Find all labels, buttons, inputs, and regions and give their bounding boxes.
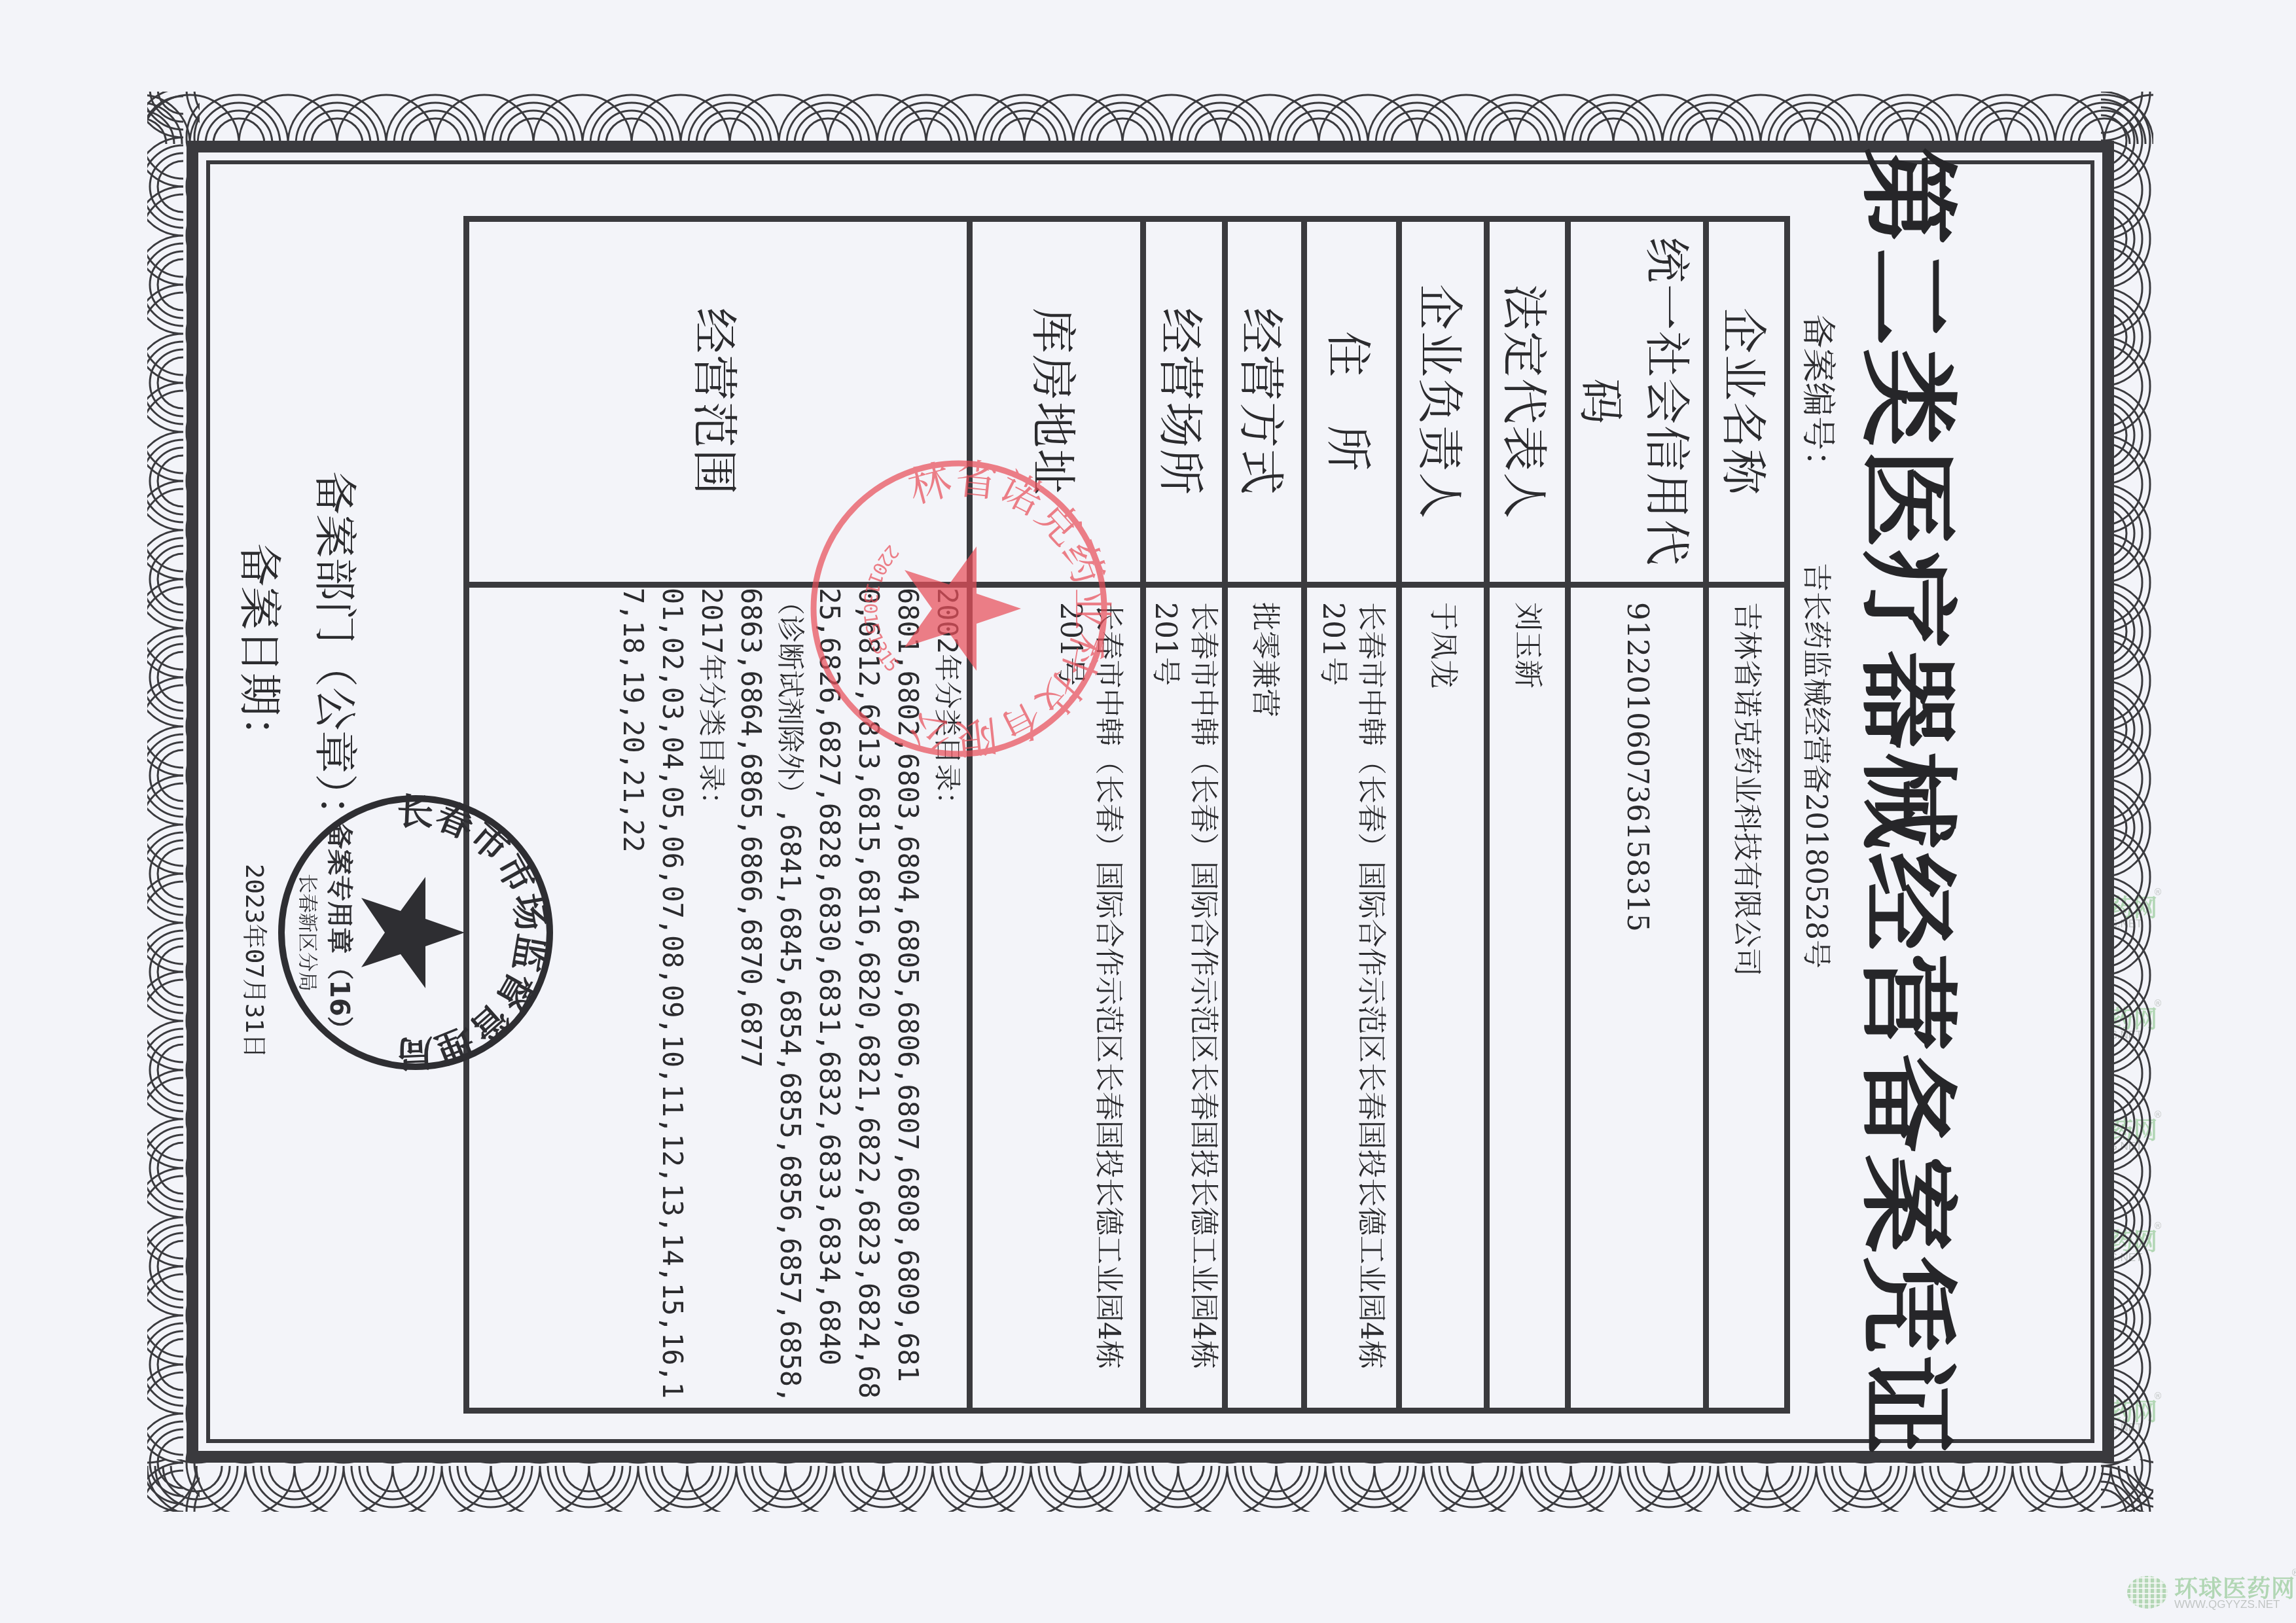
authority-seal-sub: 长春新区分局 (296, 874, 319, 991)
filing-number: 备案编号：吉长药监械经营备20180528号 (1797, 314, 1846, 969)
table-row: 企业名称 吉林省诺克药业科技有限公司 (1706, 219, 1787, 1411)
scope-line: 2017年分类目录： (692, 588, 731, 1408)
row-label: 住 所 (1304, 219, 1399, 585)
table-row: 经营方式 批零兼营 (1225, 219, 1304, 1411)
filing-date-value: 2023年07月31日 (239, 864, 275, 1058)
table-row: 企业负责人 于凤龙 (1399, 219, 1487, 1411)
row-label: 经营方式 (1225, 219, 1304, 585)
company-seal: 吉林省诺克药业科技有限公司 2201130151315 (805, 455, 1113, 762)
filing-number-label: 备案编号： (1798, 314, 1837, 484)
svg-text:2201130151315: 2201130151315 (859, 541, 903, 676)
row-value: 长春市中韩（长春）国际合作示范区长春国投长德工业园4栋201号 (1304, 585, 1399, 1411)
authority-seal: 长春市市场监督管理局 备案专用章（16） 长春新区分局 (275, 792, 556, 1073)
filing-date-label: 备案日期： (232, 543, 295, 759)
certificate-document: 第二类医疗器械经营备案凭证 备案编号：吉长药监械经营备20180528号 企业名… (147, 92, 2153, 1512)
certificate-table: 企业名称 吉林省诺克药业科技有限公司 统一社会信用代码 912201060736… (463, 216, 1790, 1414)
row-label: 经营场所 (1143, 219, 1225, 585)
row-label: 法定代表人 (1487, 219, 1568, 585)
certificate-title: 第二类医疗器械经营备案凭证 (1845, 92, 1986, 1512)
row-label: 企业名称 (1706, 219, 1787, 585)
row-value: 吉林省诺克药业科技有限公司 (1706, 585, 1787, 1411)
row-value: 912201060736158315 (1568, 585, 1706, 1411)
row-value: 于凤龙 (1399, 585, 1487, 1411)
table-row: 住 所 长春市中韩（长春）国际合作示范区长春国投长德工业园4栋201号 (1304, 219, 1399, 1411)
table-row: 经营场所 长春市中韩（长春）国际合作示范区长春国投长德工业园4栋201号 (1143, 219, 1225, 1411)
row-label: 企业负责人 (1399, 219, 1487, 585)
company-seal-number: 2201130151315 (859, 541, 903, 676)
globe-icon (2127, 1576, 2168, 1609)
watermark: 环球医药网WWW.QGYYZS.NET® (2127, 1571, 2296, 1616)
filing-number-value: 吉长药监械经营备20180528号 (1799, 563, 1833, 969)
table-row: 统一社会信用代码 912201060736158315 (1568, 219, 1706, 1411)
scope-line: 01,02,03,04,05,06,07,08,09,10,11,12,13,1… (613, 588, 692, 1408)
row-value: 刘玉新 (1487, 585, 1568, 1411)
authority-seal-code: 备案专用章（16） (324, 823, 354, 1043)
row-label: 统一社会信用代码 (1568, 219, 1706, 585)
table-row: 法定代表人 刘玉新 (1487, 219, 1568, 1411)
filing-department-label: 备案部门（公章）： (308, 471, 370, 838)
table-row: 库房地址 长春市中韩（长春）国际合作示范区长春国投长德工业园4栋201号 (970, 219, 1143, 1411)
row-value: 批零兼营 (1225, 585, 1304, 1411)
row-value: 长春市中韩（长春）国际合作示范区长春国投长德工业园4栋201号 (1143, 585, 1225, 1411)
